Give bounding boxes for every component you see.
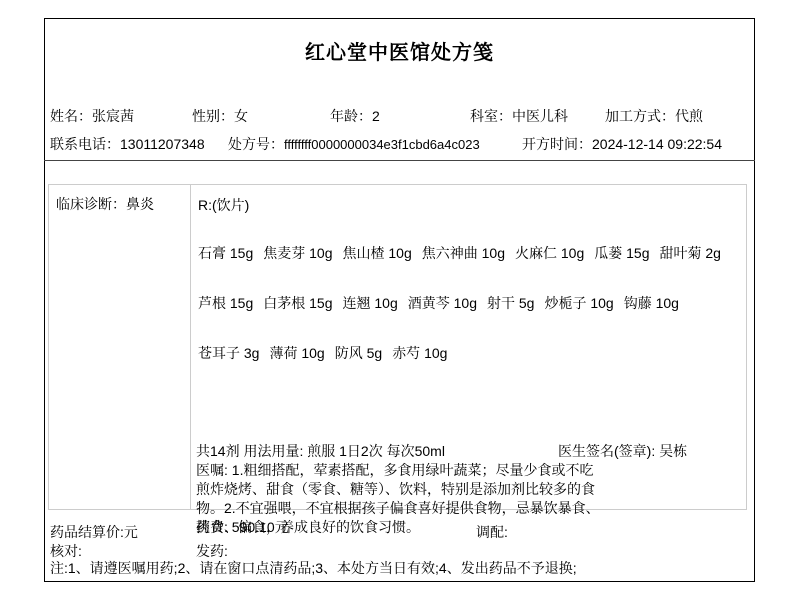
herb-item: 火麻仁 10g (515, 245, 584, 261)
herb-item: 瓜蒌 15g (594, 245, 649, 261)
diagnosis-column-divider (190, 184, 191, 510)
herb-item: 石膏 15g (198, 245, 253, 261)
patient-age-field: 年龄：2 (330, 108, 380, 125)
doctor-signature: 医生签名(签章): 吴栋 (558, 443, 687, 460)
herb-item: 炒栀子 10g (544, 295, 613, 311)
herb-item: 钩藤 10g (624, 295, 679, 311)
herb-item: 薄荷 10g (269, 345, 324, 361)
herb-item: 焦六神曲 10g (422, 245, 505, 261)
phone-field: 联系电话：13011207348 (50, 136, 205, 153)
herb-item: 焦山楂 10g (343, 245, 412, 261)
herb-item: 防风 5g (335, 345, 382, 361)
herb-line-2: 芦根 15g白茅根 15g连翘 10g酒黄芩 10g射干 5g炒栀子 10g钩藤… (198, 295, 689, 312)
doctor-advice-line-2: 煎炸烧烤、甜食（零食、糖等）、饮料，特别是添加剂比较多的食 (196, 480, 595, 499)
dosage-summary: 共14剂 用法用量: 煎服 1日2次 每次50ml (196, 443, 445, 460)
herb-item: 连翘 10g (343, 295, 398, 311)
processing-method-field: 加工方式：代煎 (605, 108, 703, 125)
herb-line-3: 苍耳子 3g薄荷 10g防风 5g赤芍 10g (198, 345, 457, 362)
herb-item: 苍耳子 3g (198, 345, 259, 361)
patient-gender-field: 性别：女 (192, 108, 248, 125)
prescription-page: 红心堂中医馆处方笺 姓名：张宸茜 性别：女 年龄：2 科室：中医儿科 加工方式：… (0, 0, 800, 600)
herb-item: 芦根 15g (198, 295, 253, 311)
prepare-label: 调配: (476, 524, 508, 541)
herb-item: 白茅根 15g (263, 295, 332, 311)
doctor-advice-line-3: 物。2.不宜强喂，不宜根据孩子偏食喜好提供食物，忌暴饮暴食、 (196, 499, 600, 518)
herb-item: 射干 5g (487, 295, 534, 311)
issue-time-field: 开方时间：2024-12-14 09:22:54 (522, 136, 722, 153)
settlement-price-label: 药品结算价:元 (50, 524, 138, 541)
herb-item: 焦麦芽 10g (263, 245, 332, 261)
herb-item: 赤芍 10g (392, 345, 447, 361)
header-separator-line (44, 160, 755, 161)
department-field: 科室：中医儿科 (470, 108, 568, 125)
herb-line-1: 石膏 15g焦麦芽 10g焦山楂 10g焦六神曲 10g火麻仁 10g瓜蒌 15… (198, 245, 731, 262)
rx-header: R:(饮片) (198, 197, 249, 214)
check-label: 核对: (50, 543, 82, 560)
page-title: 红心堂中医馆处方笺 (44, 36, 755, 65)
clinical-diagnosis-field: 临床诊断：鼻炎 (56, 196, 154, 213)
footer-note: 注:1、请遵医嘱用药;2、请在窗口点清药品;3、本处方当日有效;4、发出药品不予… (50, 560, 577, 577)
drug-fee-text: 药费: 590.10元 (196, 519, 289, 536)
dispense-label: 发药: (196, 543, 228, 560)
prescription-number-field: 处方号：ffffffff0000000034e3f1cbd6a4c023 (228, 136, 480, 153)
herb-item: 酒黄芩 10g (408, 295, 477, 311)
patient-name-field: 姓名：张宸茜 (50, 108, 134, 125)
herb-item: 甜叶菊 2g (660, 245, 721, 261)
doctor-advice-line-1: 医嘱: 1.粗细搭配，荤素搭配，多食用绿叶蔬菜；尽量少食或不吃 (196, 461, 593, 480)
